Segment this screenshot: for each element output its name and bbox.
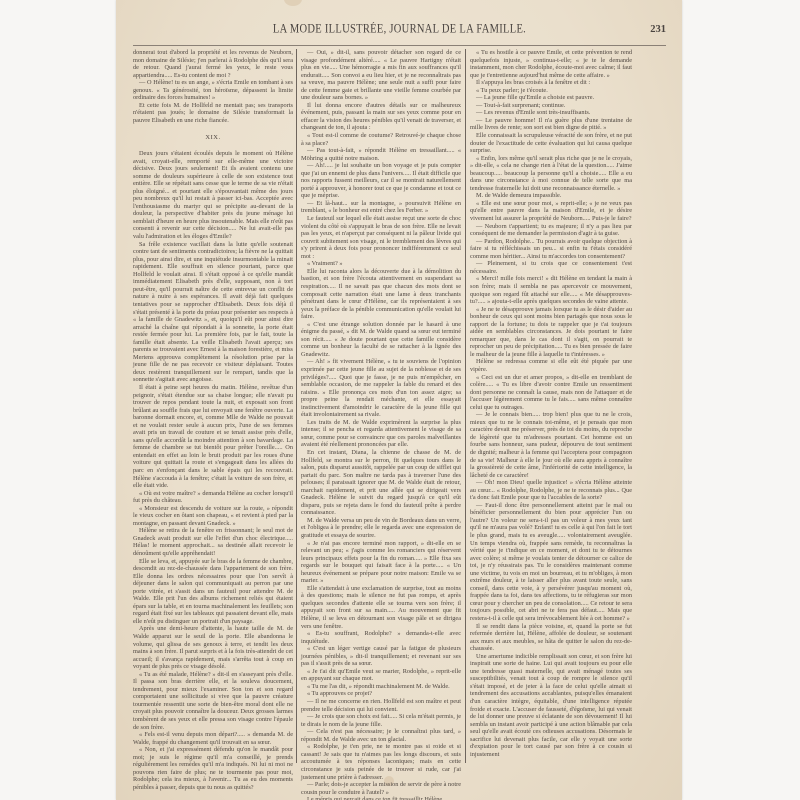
column-1-body: Deux jours s'étaient écoulés depuis le m… (133, 150, 293, 791)
paragraph: « Enfin, lors même qu'il serait plus ric… (470, 155, 632, 193)
paragraph: — Cela n'est pas nécessaire; je le conna… (301, 728, 461, 743)
paragraph: « Je ne te désapprouve jamais lorsque tu… (470, 306, 632, 359)
chapter-heading: XIX. (133, 134, 293, 142)
paragraph: Sa frêle existence vacillait dans la lut… (133, 241, 293, 384)
paragraph: Après une demi-heure d'attente, la haute… (133, 625, 293, 670)
column-3-body: « Tu es hostile à ce pauvre Emile, et ce… (470, 49, 632, 758)
newspaper-page: LA MODE ILLUSTRÉE, JOURNAL DE LA FAMILLE… (116, 0, 682, 800)
paragraph: « C'est un léger vertige causé par la fa… (301, 645, 461, 668)
paragraph: « Merci! mille fois merci! » dit Hélène … (470, 275, 632, 305)
journal-title: LA MODE ILLUSTRÉE, JOURNAL DE LA FAMILLE… (133, 23, 666, 36)
paragraph: donnerai tout d'abord la propriété et le… (133, 49, 293, 79)
paragraph: « Je t'ai dit qu'Emile veut se marier, R… (301, 668, 461, 683)
paragraph: Elle se leva, et, appuyée sur le bras de… (133, 558, 293, 626)
paragraph: — Je crois que son choix est fait..... S… (301, 713, 461, 728)
paragraph: — Faut-il donc être personnellement atte… (470, 502, 632, 623)
paragraph: « Tu approuves ce projet? (301, 690, 461, 698)
column-divider (465, 49, 466, 763)
column-2: — Oui, » dit-il, sans pouvoir détacher s… (301, 49, 461, 800)
paragraph: — O Hélène! tu es un ange, » s'écria Emi… (133, 79, 293, 102)
paragraph: — La jeune fille qu'Emile a choisie est … (470, 94, 632, 102)
column-3: « Tu es hostile à ce pauvre Emile, et ce… (470, 49, 632, 758)
page-number: 231 (650, 24, 666, 35)
paper-stain (284, 0, 302, 6)
paragraph: « Où est votre maître? » demanda Hélène … (133, 490, 293, 505)
paragraph: — Je le connais bien..... trop bien! plu… (470, 411, 632, 479)
paragraph: « Fels est-il venu depuis mon départ?...… (133, 731, 293, 746)
paragraph: Il lui donna encore d'autres détails sur… (301, 102, 461, 132)
paragraph: — Tout-à-fait surprenant; continue. (470, 102, 632, 110)
paragraph: Une amertume indicible remplissait son c… (470, 653, 632, 759)
paragraph: Elle lui raconta alors la découverte due… (301, 268, 461, 321)
page-header: LA MODE ILLUSTRÉE, JOURNAL DE LA FAMILLE… (133, 24, 666, 38)
paragraph: Hélène se redressa comme si elle eût été… (470, 358, 632, 373)
paragraph: « Tu es hostile à ce pauvre Emile, et ce… (470, 49, 632, 79)
column-1-lead: donnerai tout d'abord la propriété et le… (133, 49, 293, 124)
paragraph: — Le pauvre homme! Il n'a guère plus d'u… (470, 117, 632, 132)
paragraph: Hélène se retira de la fenêtre en frisso… (133, 527, 293, 557)
paragraph: « Tu peux parler; je t'écoute. (470, 87, 632, 95)
paragraph: « Vraiment? » (301, 260, 461, 268)
paragraph: « Non, et j'ai expressément défendu qu'o… (133, 746, 293, 791)
column-1: donnerai tout d'abord la propriété et le… (133, 49, 293, 792)
paragraph: Il était à peine sept heures du matin. H… (133, 384, 293, 490)
paragraph: — Ah!..... je lui souhaite un bon voyage… (301, 162, 461, 200)
paragraph: — Pleinement, si tu crois que ce consent… (470, 260, 632, 275)
paragraph: « Monsieur est descendu de voiture sur l… (133, 505, 293, 528)
paragraph: Et cette fois M. de Hollfeld ne mentait … (133, 102, 293, 125)
paragraph: « Tu as été malade, Hélène? » dit-il en … (133, 671, 293, 731)
paragraph: Le fauteuil sur lequel elle était assise… (301, 215, 461, 260)
paragraph: Il s'appuya les bras croisés à la fenêtr… (470, 79, 632, 87)
paragraph: « Elle est une sœur pour moi, » reprit-e… (470, 200, 632, 223)
paragraph: — Les revenus d'Emile sont très-insuffis… (470, 109, 632, 117)
column-divider (296, 49, 297, 763)
paragraph: Deux jours s'étaient écoulés depuis le m… (133, 150, 293, 241)
paragraph: — Neuborn t'appartient; tu es majeure; i… (470, 223, 632, 238)
paragraph: — Oui, » dit-il, sans pouvoir détacher s… (301, 49, 461, 102)
paragraph: « Tout est-il comme de coutume? Retrouvé… (301, 132, 461, 147)
paragraph: « Je n'ai pas encore terminé mon rapport… (301, 540, 461, 585)
paragraph: « Tu me l'as dit, » répondit machinaleme… (301, 683, 461, 691)
paragraph: En cet instant, Diana, la chienne de cha… (301, 449, 461, 517)
paragraph: — Pardon, Rodolphe... Tu pourrais avoir … (470, 238, 632, 261)
paragraph: Les traits de M. de Walde exprimèrent la… (301, 419, 461, 449)
paragraph: « Es-tu souffrant, Rodolphe? » demanda-t… (301, 630, 461, 645)
paragraph: « C'est une étrange solution donnée par … (301, 321, 461, 359)
paragraph: — Ah! » fit vivement Hélène, « tu te sou… (301, 358, 461, 418)
paragraph: « Rodolphe, je t'en prie, ne te montre p… (301, 743, 461, 781)
header-rule (133, 45, 666, 46)
paragraph: — Oh! mon Dieu! quelle injustice! » s'éc… (470, 479, 632, 502)
paragraph: — Et là-haut... sur la montagne, » pours… (301, 200, 461, 215)
paragraph: Elle s'attendait à une exclamation de su… (301, 585, 461, 630)
paragraph: — Il ne me concerne en rien. Hollfeld es… (301, 698, 461, 713)
column-2-body: — Oui, » dit-il, sans pouvoir détacher s… (301, 49, 461, 800)
paragraph: — Pas tout-à-fait, » répondit Hélène en … (301, 147, 461, 162)
paragraph: M. de Walde demeura impassible. (470, 192, 632, 200)
paragraph: Il se rendit dans la pièce voisine, et, … (470, 623, 632, 653)
paragraph: — Parle; dois-je accepter la mission de … (301, 781, 461, 796)
paragraph: « Ceci est un dur et amer propos, » dit-… (470, 374, 632, 412)
paragraph: Elle connaissait la scrupuleuse véracité… (470, 132, 632, 155)
paragraph: Le mépris qui perçait dans ce ton fit tr… (301, 796, 461, 800)
paragraph: M. de Walde versa un peu de vin de Borde… (301, 517, 461, 540)
